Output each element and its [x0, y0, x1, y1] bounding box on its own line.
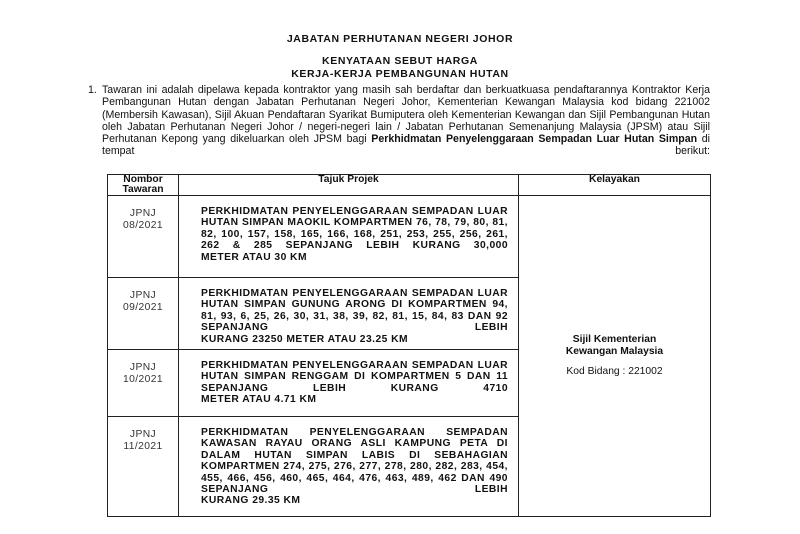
paragraph-bold-service: Perkhidmatan Penyelenggaraan Sempadan Lu…	[371, 133, 697, 145]
document-title-line1: KENYATAAN SEBUT HARGA	[0, 55, 800, 67]
project-title-text: PERKHIDMATAN PENYELENGGARAAN SEMPADAN LU…	[201, 288, 508, 334]
project-title-text: PERKHIDMATAN PENYELENGGARAAN SEMPADAN KA…	[201, 427, 508, 495]
eligibility-line1: Sijil Kementerian	[573, 334, 657, 345]
tender-code-number: 10/2021	[123, 374, 163, 385]
header-eligibility: Kelayakan	[519, 175, 711, 196]
project-title-last-line: METER ATAU 30 KM	[201, 252, 508, 263]
project-title: PERKHIDMATAN PENYELENGGARAAN SEMPADAN LU…	[179, 350, 519, 417]
paragraph-number: 1.	[88, 84, 97, 96]
department-heading: JABATAN PERHUTANAN NEGERI JOHOR	[0, 33, 800, 45]
header-title: Tajuk Projek	[179, 175, 519, 196]
document-title-line2: KERJA-KERJA PEMBANGUNAN HUTAN	[0, 68, 800, 80]
project-title: PERKHIDMATAN PENYELENGGARAAN SEMPADAN KA…	[179, 417, 519, 517]
eligibility-cert: Sijil KementerianKewangan Malaysia	[519, 334, 710, 358]
header-number: NomborTawaran	[108, 175, 179, 196]
tender-code: JPNJ10/2021	[108, 350, 179, 417]
eligibility-line2: Kewangan Malaysia	[566, 346, 663, 357]
eligibility-code: Kod Bidang : 221002	[519, 366, 710, 378]
table-header-row: NomborTawaran Tajuk Projek Kelayakan	[108, 175, 711, 196]
tender-code: JPNJ09/2021	[108, 278, 179, 350]
paragraph-text: Tawaran ini adalah dipelawa kepada kontr…	[102, 84, 710, 158]
tender-code-prefix: JPNJ	[130, 290, 156, 301]
intro-paragraph: 1. Tawaran ini adalah dipelawa kepada ko…	[88, 84, 710, 158]
tender-code-number: 08/2021	[123, 220, 163, 231]
project-title: PERKHIDMATAN PENYELENGGARAAN SEMPADAN LU…	[179, 278, 519, 350]
project-title: PERKHIDMATAN PENYELENGGARAAN SEMPADAN LU…	[179, 196, 519, 278]
tender-code: JPNJ08/2021	[108, 196, 179, 278]
table-row: JPNJ08/2021 PERKHIDMATAN PENYELENGGARAAN…	[108, 196, 711, 278]
tender-code-prefix: JPNJ	[130, 429, 156, 440]
tender-code: JPNJ11/2021	[108, 417, 179, 517]
project-title-text: PERKHIDMATAN PENYELENGGARAAN SEMPADAN LU…	[201, 206, 508, 252]
tender-code-number: 11/2021	[123, 441, 162, 452]
project-title-last-line: METER ATAU 4.71 KM	[201, 394, 508, 405]
tender-code-prefix: JPNJ	[130, 362, 156, 373]
tender-code-prefix: JPNJ	[130, 208, 156, 219]
eligibility-cell: Sijil KementerianKewangan Malaysia Kod B…	[519, 196, 711, 517]
tender-table: NomborTawaran Tajuk Projek Kelayakan JPN…	[107, 174, 711, 517]
project-title-last-line: KURANG 23250 METER ATAU 23.25 KM	[201, 334, 508, 345]
header-number-line2: Tawaran	[122, 184, 163, 195]
tender-code-number: 09/2021	[123, 302, 163, 313]
project-title-text: PERKHIDMATAN PENYELENGGARAAN SEMPADAN LU…	[201, 360, 508, 394]
project-title-last-line: KURANG 29.35 KM	[201, 495, 508, 506]
